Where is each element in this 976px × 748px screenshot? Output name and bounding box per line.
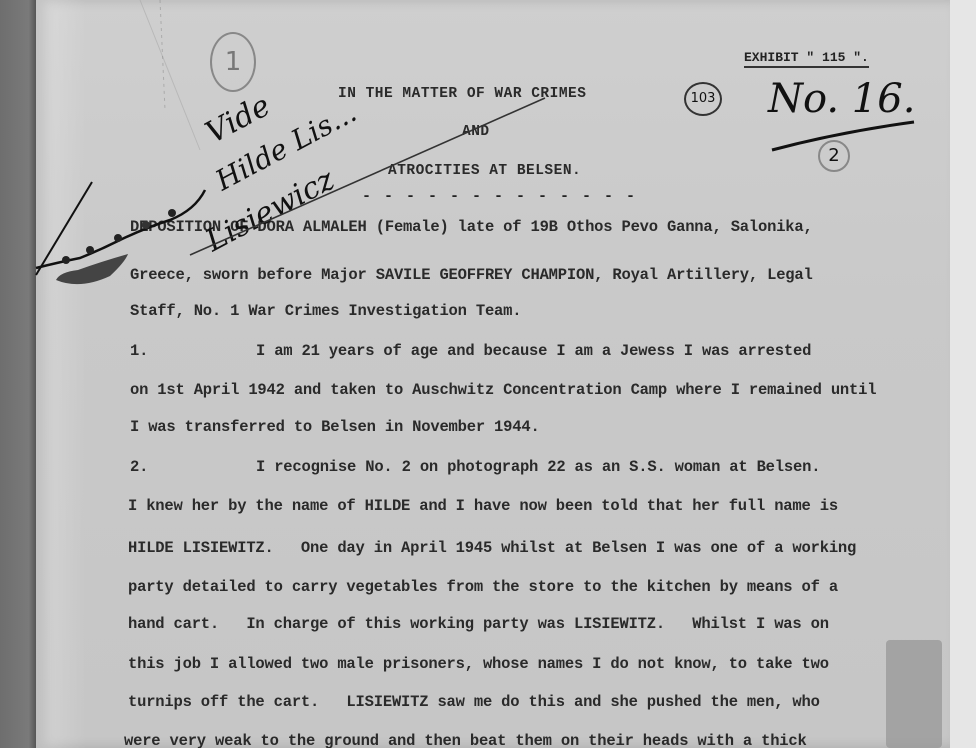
ink-strokes <box>0 0 976 748</box>
strike-line <box>190 98 545 255</box>
exhibit-underline-stroke <box>772 122 914 150</box>
